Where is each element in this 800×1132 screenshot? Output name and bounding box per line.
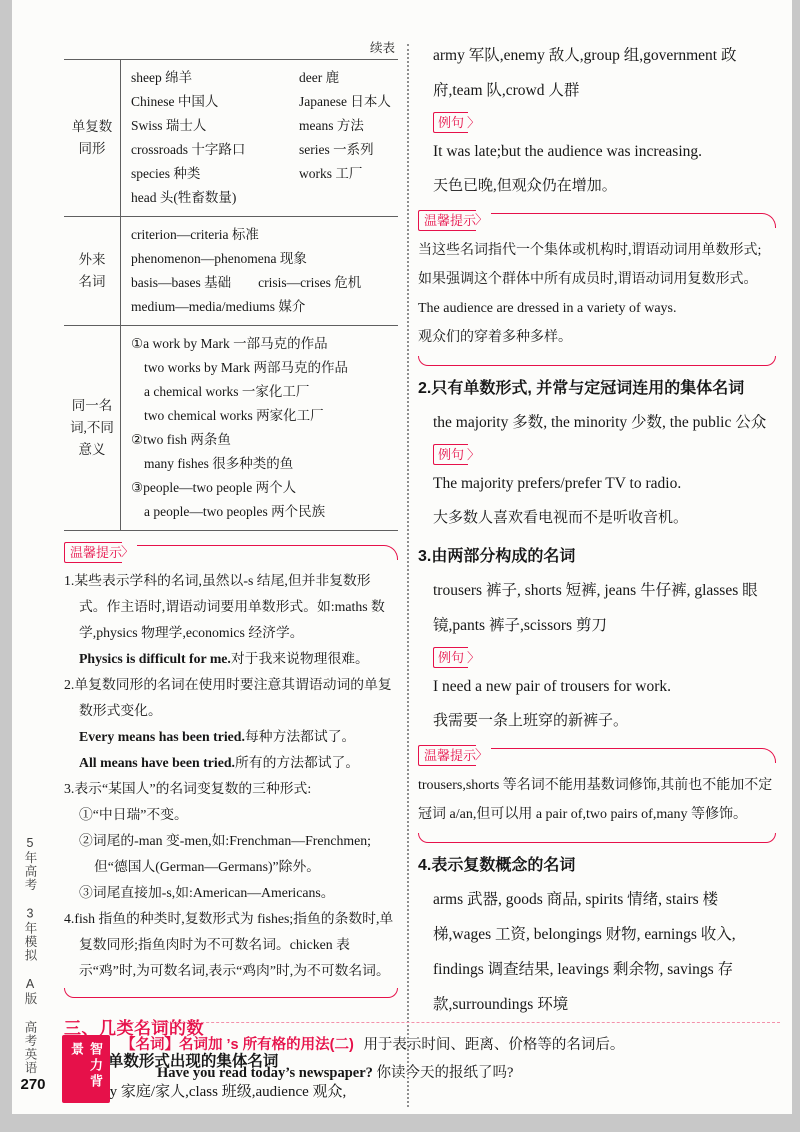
- subsection-heading: 4.表示复数概念的名词: [418, 849, 776, 882]
- vocab-item: works 工厂: [299, 162, 398, 186]
- row-label: 外来 名词: [64, 217, 121, 325]
- chevron-icon: 〉: [467, 447, 480, 462]
- table-line: many fishes 很多种类的鱼: [131, 452, 398, 476]
- vocab-list: army 军队,enemy 敌人,group 组,government 政府,t…: [418, 38, 776, 108]
- example-english: The majority prefers/prefer TV to radio.: [418, 467, 776, 501]
- example-chinese: 所有的方法都试了。: [235, 755, 359, 770]
- tips-box: 温馨提示〉 当这些名词指代一个集体或机构时,谓语动词用单数形式;如果强调这个群体…: [418, 210, 776, 366]
- vocab-item: deer 鹿: [299, 66, 398, 90]
- example-english: Physics is difficult for me.: [79, 651, 231, 666]
- table-row: 同一名 词,不同 意义 ①a work by Mark 一部马克的作品 two …: [64, 326, 398, 531]
- example-chinese: 天色已晚,但观众仍在增加。: [418, 169, 776, 203]
- tips-header: 温馨提示〉: [418, 210, 776, 231]
- tip-example: Every means has been tried.每种方法都试了。: [64, 724, 396, 750]
- tips-bottom-rule: [418, 833, 776, 843]
- vocab-item: [299, 186, 398, 210]
- table-line: crossroads 十字路口series 一系列: [131, 138, 398, 162]
- vocab-item: Japanese 日本人: [299, 90, 398, 114]
- example-chinese: 我需要一条上班穿的新裤子。: [418, 704, 776, 738]
- subsection-heading: 3.由两部分构成的名词: [418, 540, 776, 573]
- tips-rule: [491, 748, 776, 763]
- row-content: criterion—criteria 标准 phenomenon—phenome…: [121, 217, 398, 325]
- example-chinese: 每种方法都试了。: [245, 729, 355, 744]
- chevron-icon: 〉: [475, 210, 488, 229]
- vocab-item: crossroads 十字路口: [131, 138, 299, 162]
- tip-example: Physics is difficult for me.对于我来说物理很难。: [64, 646, 396, 672]
- example-english: All means have been tried.: [79, 755, 235, 770]
- tips-bottom-rule: [64, 988, 398, 998]
- tips-rule: [491, 213, 776, 228]
- page-number: 270: [12, 1076, 54, 1093]
- tips-box: 温馨提示〉 1.某些表示学科的名词,虽然以-s 结尾,但并非复数形式。作主语时,…: [64, 542, 398, 998]
- row-label: 同一名 词,不同 意义: [64, 326, 121, 530]
- vocab-item: species 种类: [131, 162, 299, 186]
- example-chinese: 对于我来说物理很难。: [231, 651, 369, 666]
- table-line: ①a work by Mark 一部马克的作品: [131, 332, 398, 356]
- vocab-item: series 一系列: [299, 138, 398, 162]
- tips-rule: [137, 545, 398, 560]
- example-chinese: 观众们的穿着多种多样。: [418, 323, 774, 352]
- example-badge-row: 例句〉: [418, 647, 776, 668]
- example-badge-row: 例句〉: [418, 444, 776, 465]
- vocab-item: means 方法: [299, 114, 398, 138]
- vocab-item: Swiss 瑞士人: [131, 114, 299, 138]
- table-line: sheep 绵羊deer 鹿: [131, 66, 398, 90]
- table-line: criterion—criteria 标准: [131, 223, 398, 247]
- footer-description: 用于表示时间、距离、价格等的名词后。: [363, 1037, 624, 1053]
- table-line: two chemical works 两家化工厂: [131, 404, 398, 428]
- tip-item: 4.fish 指鱼的种类时,复数形式为 fishes;指鱼的条数时,单复数同形;…: [64, 906, 396, 984]
- edition-spine-label: 5年高考 3年模拟 A版 高考英语: [21, 836, 39, 1076]
- footer-example-line: Have you read today’s newspaper? 你读今天的报纸…: [121, 1058, 780, 1088]
- footer-heading-line: 【名词】名词加 ’s 所有格的用法(二) 用于表示时间、距离、价格等的名词后。: [121, 1032, 780, 1058]
- tip-item: 3.表示“某国人”的名词变复数的三种形式:: [64, 776, 396, 802]
- table-line: basis—bases 基础 crisis—crises 危机: [131, 271, 398, 295]
- left-column: 续表 单复数 同形 sheep 绵羊deer 鹿 Chinese 中国人Japa…: [64, 38, 398, 1107]
- vocab-item: sheep 绵羊: [131, 66, 299, 90]
- tips-header: 温馨提示〉: [418, 745, 776, 766]
- footer-content: 【名词】名词加 ’s 所有格的用法(二) 用于表示时间、距离、价格等的名词后。 …: [121, 1022, 780, 1103]
- tip-example: All means have been tried.所有的方法都试了。: [64, 750, 396, 776]
- table-continuation-label: 续表: [64, 38, 398, 56]
- subsection-heading: 2.只有单数形式, 并常与定冠词连用的集体名词: [418, 372, 776, 405]
- tip-item: 1.某些表示学科的名词,虽然以-s 结尾,但并非复数形式。作主语时,谓语动词要用…: [64, 568, 396, 646]
- vocab-item: head 头(牲畜数量): [131, 186, 299, 210]
- tip-item: 当这些名词指代一个集体或机构时,谓语动词用单数形式;如果强调这个群体中所有成员时…: [418, 236, 774, 294]
- vocab-list: trousers 裤子, shorts 短裤, jeans 牛仔裤, glass…: [418, 573, 776, 643]
- vocab-list: arms 武器, goods 商品, spirits 情绪, stairs 楼梯…: [418, 882, 776, 1022]
- tips-bottom-rule: [418, 356, 776, 366]
- chevron-icon: 〉: [475, 745, 488, 764]
- footer-heading: 【名词】名词加 ’s 所有格的用法(二): [121, 1037, 354, 1053]
- table-line: a people—two peoples 两个民族: [131, 500, 398, 524]
- table-line: head 头(牲畜数量): [131, 186, 398, 210]
- tips-body: 1.某些表示学科的名词,虽然以-s 结尾,但并非复数形式。作主语时,谓语动词要用…: [64, 563, 398, 986]
- table-row: 外来 名词 criterion—criteria 标准 phenomenon—p…: [64, 217, 398, 326]
- table-line: two works by Mark 两部马克的作品: [131, 356, 398, 380]
- tips-badge: 温馨提示: [418, 745, 476, 766]
- example-badge-row: 例句〉: [418, 112, 776, 133]
- tips-body: 当这些名词指代一个集体或机构时,谓语动词用单数形式;如果强调这个群体中所有成员时…: [418, 231, 776, 354]
- table-line: Swiss 瑞士人means 方法: [131, 114, 398, 138]
- table-line: a chemical works 一家化工厂: [131, 380, 398, 404]
- tip-item: trousers,shorts 等名词不能用基数词修饰,其前也不能加不定冠词 a…: [418, 771, 774, 829]
- vocab-list: the majority 多数, the minority 少数, the pu…: [418, 405, 776, 440]
- tips-badge: 温馨提示: [418, 210, 476, 231]
- footer-strip: 智力背景 【名词】名词加 ’s 所有格的用法(二) 用于表示时间、距离、价格等的…: [62, 1022, 780, 1103]
- chevron-icon: 〉: [121, 542, 134, 561]
- tip-item: 2.单复数同形的名词在使用时要注意其谓语动词的单复数形式变化。: [64, 672, 396, 724]
- example-chinese: 大多数人喜欢看电视而不是听收音机。: [418, 501, 776, 535]
- example-badge: 例句: [433, 647, 468, 668]
- tip-subitem: ②词尾的-man 变-men,如:Frenchman—Frenchmen;但“德…: [64, 828, 396, 880]
- example-badge: 例句: [433, 112, 468, 133]
- vocab-item: Chinese 中国人: [131, 90, 299, 114]
- right-column: army 军队,enemy 敌人,group 组,government 政府,t…: [418, 38, 776, 1107]
- example-english: I need a new pair of trousers for work.: [418, 670, 776, 704]
- table-line: ②two fish 两条鱼: [131, 428, 398, 452]
- tip-subitem: ①“中日瑞”不变。: [64, 802, 396, 828]
- row-content: sheep 绵羊deer 鹿 Chinese 中国人Japanese 日本人 S…: [121, 60, 398, 216]
- chevron-icon: 〉: [467, 650, 480, 665]
- example-english: Every means has been tried.: [79, 729, 245, 744]
- table-line: species 种类works 工厂: [131, 162, 398, 186]
- table-line: phenomenon—phenomena 现象: [131, 247, 398, 271]
- book-page: 5年高考 3年模拟 A版 高考英语 270 续表 单复数 同形 sheep 绵羊…: [12, 0, 792, 1114]
- example-badge: 例句: [433, 444, 468, 465]
- table-line: Chinese 中国人Japanese 日本人: [131, 90, 398, 114]
- noun-forms-table: 单复数 同形 sheep 绵羊deer 鹿 Chinese 中国人Japanes…: [64, 59, 398, 531]
- tips-body: trousers,shorts 等名词不能用基数词修饰,其前也不能加不定冠词 a…: [418, 766, 776, 831]
- table-row: 单复数 同形 sheep 绵羊deer 鹿 Chinese 中国人Japanes…: [64, 60, 398, 217]
- row-content: ①a work by Mark 一部马克的作品 two works by Mar…: [121, 326, 398, 530]
- example-chinese: 你读今天的报纸了吗?: [377, 1065, 514, 1081]
- tip-subitem: ③词尾直接加-s,如:American—Americans。: [64, 880, 396, 906]
- tips-box: 温馨提示〉 trousers,shorts 等名词不能用基数词修饰,其前也不能加…: [418, 745, 776, 843]
- tips-badge: 温馨提示: [64, 542, 122, 563]
- table-line: ③people—two people 两个人: [131, 476, 398, 500]
- table-line: medium—media/mediums 媒介: [131, 295, 398, 319]
- tips-header: 温馨提示〉: [64, 542, 398, 563]
- example-english: It was late;but the audience was increas…: [418, 135, 776, 169]
- example-english: The audience are dressed in a variety of…: [418, 294, 774, 323]
- column-divider: [407, 44, 409, 1107]
- chevron-icon: 〉: [467, 115, 480, 130]
- example-english: Have you read today’s newspaper?: [157, 1065, 373, 1081]
- iq-background-badge: 智力背景: [62, 1035, 110, 1103]
- row-label: 单复数 同形: [64, 60, 121, 216]
- main-content: 续表 单复数 同形 sheep 绵羊deer 鹿 Chinese 中国人Japa…: [64, 38, 778, 1107]
